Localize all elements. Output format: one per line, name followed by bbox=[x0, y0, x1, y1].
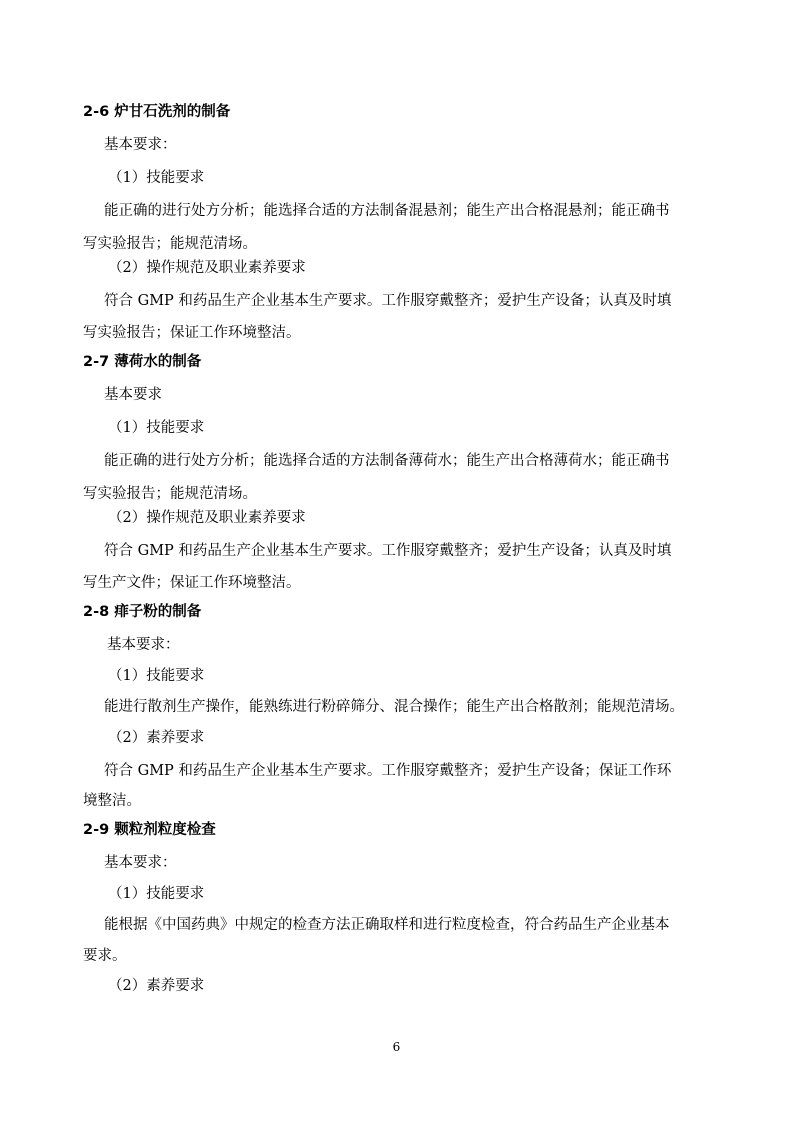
skill-requirements-title: （1）技能要求 bbox=[108, 666, 204, 686]
conduct-requirements-text: 符合 GMP 和药品生产企业基本生产要求。工作服穿戴整齐；爱护生产设备；认真及时… bbox=[104, 541, 671, 561]
conduct-requirements-text: 符合 GMP 和药品生产企业基本生产要求。工作服穿戴整齐；爱护生产设备；认真及时… bbox=[104, 291, 671, 311]
basic-requirements-label: 基本要求： bbox=[104, 853, 177, 873]
skill-requirements-text: 能进行散剂生产操作，能熟练进行粉碎筛分、混合操作；能生产出合格散剂；能规范清场。 bbox=[104, 697, 684, 717]
basic-requirements-label: 基本要求： bbox=[107, 635, 180, 655]
conduct-requirements-text-cont: 写实验报告；保证工作环境整洁。 bbox=[83, 323, 301, 343]
conduct-requirements-text-cont: 写生产文件；保证工作环境整洁。 bbox=[83, 573, 301, 593]
basic-requirements-label: 基本要求： bbox=[104, 135, 177, 155]
conduct-requirements-title: （2）操作规范及职业素养要求 bbox=[108, 258, 306, 278]
skill-requirements-text: 能正确的进行处方分析；能选择合适的方法制备混悬剂；能生产出合格混悬剂；能正确书 bbox=[104, 201, 670, 221]
literacy-requirements-title: （2）素养要求 bbox=[108, 976, 204, 996]
skill-requirements-title: （1）技能要求 bbox=[108, 168, 204, 188]
page-number: 6 bbox=[0, 1040, 793, 1054]
basic-requirements-label: 基本要求 bbox=[104, 385, 162, 405]
literacy-requirements-text: 符合 GMP 和药品生产企业基本生产要求。工作服穿戴整齐；爱护生产设备；保证工作… bbox=[104, 761, 671, 781]
section-heading-2-7: 2-7 薄荷水的制备 bbox=[83, 352, 201, 372]
skill-requirements-text-cont: 写实验报告；能规范清场。 bbox=[83, 484, 257, 504]
literacy-requirements-text-cont: 境整洁。 bbox=[83, 791, 141, 811]
skill-requirements-text: 能正确的进行处方分析；能选择合适的方法制备薄荷水；能生产出合格薄荷水；能正确书 bbox=[104, 451, 670, 471]
section-heading-2-6: 2-6 炉甘石洗剂的制备 bbox=[83, 102, 230, 122]
conduct-requirements-title: （2）操作规范及职业素养要求 bbox=[108, 508, 306, 528]
skill-requirements-text: 能根据《中国药典》中规定的检查方法正确取样和进行粒度检查，符合药品生产企业基本 bbox=[104, 915, 670, 935]
skill-requirements-title: （1）技能要求 bbox=[108, 418, 204, 438]
skill-requirements-text-cont: 写实验报告；能规范清场。 bbox=[83, 234, 257, 254]
literacy-requirements-title: （2）素养要求 bbox=[108, 728, 204, 748]
skill-requirements-title: （1）技能要求 bbox=[108, 884, 204, 904]
skill-requirements-text-cont: 要求。 bbox=[83, 946, 127, 966]
section-heading-2-8: 2-8 痱子粉的制备 bbox=[83, 602, 201, 622]
document-page: 2-6 炉甘石洗剂的制备 基本要求： （1）技能要求 能正确的进行处方分析；能选… bbox=[0, 0, 793, 1122]
section-heading-2-9: 2-9 颗粒剂粒度检查 bbox=[83, 820, 216, 840]
